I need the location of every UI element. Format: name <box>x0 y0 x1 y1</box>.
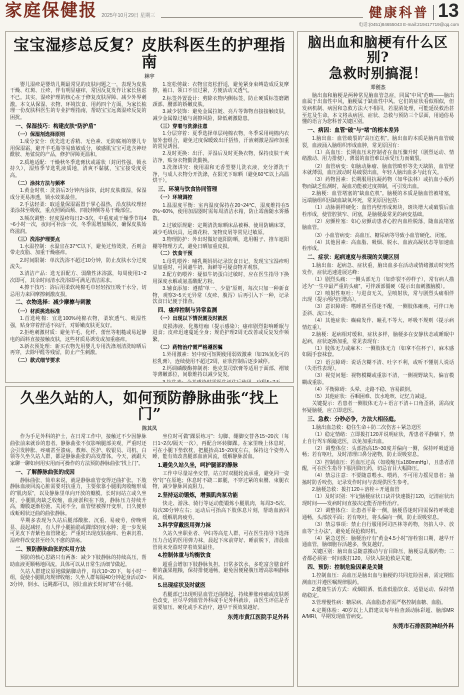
body-paragraph: 3.辅食添加：遵循“单一、少量”原则，每次只加一种新食物，观察3~5天无异常（皮… <box>153 286 290 306</box>
body-paragraph: 1.成分安全：优先选无香精、无色素、无防腐剂的婴儿专用保湿霜，避开羊毛脂等易致敏… <box>10 139 147 159</box>
sub-heading: （二）饮食干预 <box>153 251 290 258</box>
section-heading: 一、保湿技巧：构建皮肤“防护盾” <box>10 124 147 131</box>
body-paragraph: 2.健康生活方式：戒烟限酒、低盐低脂饮食、适量运动、保持情绪稳定。 <box>302 587 454 600</box>
body-paragraph: 3.新衣预处理：新买衣物先用婴儿专用洗涤剂清洗晾晒后再穿，去除甲醛等残留，防止产… <box>10 344 147 357</box>
body-paragraph: 婴儿湿疹是婴幼儿期最常见的皮肤问题之一，表现为皮肤干燥、红斑、丘疹，伴有明显瘙痒… <box>10 82 147 122</box>
body-paragraph: （1）及时识别：牢记脑梗症状口诀并快速拨打120，记清症状出现时间——发病时间直… <box>302 494 454 507</box>
article-varicose-col1: 作为手足外科的护士，在日常工作中，接触过不少因静脉曲张前来就诊的患者。静脉曲张不… <box>10 434 147 589</box>
body-paragraph: 1.分层穿着：夏季选择单层纯棉衣物，冬季采用纯棉内衣加外套组合，避免过度保暖致出… <box>153 131 290 151</box>
body-paragraph: 1.控制血压：高血压是脑出血与脑梗的共同危险因素，需定期监测血压并遵医嘱规律服药… <box>302 573 454 586</box>
section-heading: 一、病因：血管“破”与“堵”的根本差异 <box>302 128 454 135</box>
masthead-row: 家庭保健报 2025年10月29日 星期三 健康科普 13 <box>5 3 459 20</box>
body-paragraph: 2.拒绝刺激材质：避免羊毛、化纤、蕾丝等粗糙或易起静电的面料直接接触皮肤，这些材… <box>10 330 147 343</box>
body-paragraph: （4）其他症状：癫痫发作、瞳孔不等大、呼吸不规则（提示病情危重）。 <box>302 318 454 331</box>
body-paragraph: 3.清洁产品：选无泪配方、弱酸性沐浴露，每周使用1~2次即可，其余时间清水洗浴即… <box>10 271 147 284</box>
section-heading: 二、预防静脉曲张的实用方法 <box>10 547 147 554</box>
body-paragraph: 2.脑梗急救：拨打120＋溶栓＋开通血管 <box>302 487 454 494</box>
attribution: 东莞市黄江医院手足外科 <box>153 615 290 622</box>
body-paragraph: （2）喷射性呕吐：与进食无关，呈喷射状，常与剧烈头痛相伴出现（提示颅内压增高）。 <box>302 291 454 304</box>
body-paragraph: 3.管理慢性病：糖尿病、高血脂患者需严格控制血糖、血脂。 <box>302 600 454 607</box>
body-paragraph: （2）调整体位：头部抬高15~30度并偏向一侧，保持呼吸道通畅；若有呕吐，及时清… <box>302 446 454 459</box>
article-eczema: 宝宝湿疹总反复？皮肤科医生的护理指南 林宇 婴儿湿疹是婴幼儿期最常见的皮肤问题之… <box>5 31 294 383</box>
body-paragraph: 1.水温控制：水温宜在37℃以下，避免过热烫洗，否则会带走皮脂、加重干燥瘙痒。 <box>10 244 147 257</box>
body-paragraph: 关键区别：脑出血忌随意搬动与盲目降压，脑梗忌乱服药物；二者都必须第一时间拨打12… <box>302 549 454 562</box>
body-paragraph: 2.脑梗：血管堵塞的“缺血危机”。脑梗的本质是脑血管被堵塞，远端脑组织因缺血缺氧… <box>302 191 454 204</box>
body-paragraph: （1）剧烈头痛：一侧头部无力（如炸裂不停样子），常有病人描述为“一生中最严重的头… <box>302 277 454 290</box>
body-paragraph: 2.脑梗：起病相对缓和，症状多样，脑梗多在安静状态或睡眠中起病，症状逐渐加重，常… <box>302 332 454 345</box>
body-paragraph: 1.脑出血：起病急、症状重，脑出血多在活动或情绪激动时突然发作，症状迅速进展达峰… <box>302 263 454 276</box>
body-paragraph: （3）控制血压：若血压过高（如收缩压≥180mmHg），且患者清醒，可在医生指导… <box>302 460 454 473</box>
body-paragraph: 3.抗生素：合并感染时需医生评估后使用，疗程5~7天。 <box>153 380 290 383</box>
sub-heading: （二）涂抹方法与频率 <box>10 181 147 188</box>
header-divider <box>433 5 434 20</box>
body-paragraph: （5）其他症状：吞咽困难、饮水呛咳、记忆力减退。 <box>302 394 454 401</box>
body-paragraph: 超重会增加下肢静脉负担。日常多饮水，多吃富含膳食纤维的蔬果粗粮，保持排便通畅，避… <box>153 562 290 582</box>
body-paragraph: （3）意识障碍：嗜睡甚至昏迷不醒，一侧肢体瘫痪，可伴口角歪斜、流口水。 <box>302 304 454 317</box>
article-stroke-byline: 邓创杰 <box>302 84 454 91</box>
date-line: 2025年10月29日 星期三 <box>102 12 156 20</box>
body-paragraph: 2.标签外置设计：剪除衣物内侧标签，防止硬质标签磨蹭颈部、腰部的娇嫩皮肤。 <box>153 96 290 109</box>
body-paragraph: 2.配方奶喂养：疑似牛奶蛋白过敏时，应在医生指导下换用深度水解或氨基酸配方粉。 <box>153 272 290 285</box>
body-paragraph: 快走、游泳、骑行等运动能锻炼小腿肌肉，每周3~5次、每次30分钟左右；运动后可抬… <box>153 501 290 521</box>
body-paragraph: （4）禁忌注意：不要随意喂水、喂药，不可用力摇晃患者；抽搐时防舌咬伤，记录发作时… <box>302 473 454 486</box>
sub-heading: （一）保湿剂选择原则 <box>10 132 147 139</box>
body-paragraph: 1.黄金时机：洗浴后3分钟内涂抹，此时皮肤微湿，保湿成分更易渗透，锁水效果最佳。 <box>10 188 147 201</box>
section-heading: 三、急救：分秒必争，方法大相径庭。 <box>302 417 454 424</box>
body-paragraph: （3）药物因素：长期服用抗凝药物（如华法林）或抗血小板药物而缺乏监测时，凝血功能… <box>302 177 454 190</box>
article-varicose: 久坐久站的人，如何预防静脉曲张“找上门” 陈其凤 作为手足外科的护士，在日常工作… <box>5 386 294 687</box>
sub-heading: （二）药物治疗需严格遵医嘱 <box>153 345 290 352</box>
body-paragraph: 脑出血和脑梗是两种常见脑血管急症，同属“中风”范畴——脑出血属于出血性中风，脑梗… <box>302 93 454 126</box>
contact-line: 电话:(0451)84655043 E-mail:219417719@qq.co… <box>5 22 459 28</box>
body-paragraph: 若腿部已出现明显血管迂曲隆起、持续肿胀疼痛或皮肤颜色改变，应尽早到血管外科或手足… <box>153 592 290 612</box>
body-paragraph: （3）视觉问题：视物模糊或重影不清，一侧视野缺失、偏盲模糊或重影。 <box>302 373 454 386</box>
section-heading: 1.避免久站久坐，呵护腿部的静脉 <box>153 463 290 470</box>
section-heading: 2.坚持运动锻炼，增强肌肉泵功能 <box>153 493 290 500</box>
section-name: 健康科普 <box>369 7 429 20</box>
article-eczema-col1: 婴儿湿疹是婴幼儿期最常见的皮肤问题之一，表现为皮肤干燥、红斑、丘疹，伴有明显瘙痒… <box>10 82 147 366</box>
body-paragraph: 3.减少装饰：避免金属拉链、亮片等饰物直接接触皮肤，减少金属镍过敏与刮擦风险，降… <box>153 109 290 122</box>
body-paragraph: （2）血管病变：如脑动脉瘤、脑血管畸形等先天缺陷，血管壁本就薄弱，血压波动时易破… <box>302 164 454 177</box>
body-paragraph: 坐位时可做“踝泵练习”：勾脚、绷脚交替各15~20次（每日1~2次/隔天一次），… <box>153 434 290 461</box>
page-number: 13 <box>438 3 459 20</box>
article-stroke-title: 脑出血和脑梗有什么区别? 急救时别搞混！ <box>302 36 454 83</box>
body-paragraph: 2.质地适配：干燥秋冬季选膏状或霜状（封闭性强、锁水持久），湿热季节选乳液质地，… <box>10 160 147 180</box>
body-paragraph: （1）高血压：长期血压未控制者在血压骤升时（剧烈运动、情绪激动、用力排便），薄弱… <box>302 150 454 163</box>
article-stroke-title-line2: 急救时别搞混！ <box>329 66 427 82</box>
body-paragraph: （4）紧急送医：脑梗治疗有“黄金4.5小时”溶栓窗口期，越早开通血管，脑细胞存活… <box>302 536 454 549</box>
article-eczema-columns: 婴儿湿疹是婴幼儿期最常见的皮肤问题之一，表现为皮肤干燥、红斑、丘疹，伴有明显瘙痒… <box>10 82 289 383</box>
body-paragraph: 预防的核心思路只有两条：减少下肢静脉的持续高压，帮助血液更顺畅地回流。具体可以从… <box>10 555 147 568</box>
body-paragraph: 1.首选纯棉：宜选100%纯棉衣物，柔软透气、吸湿性强，贴身穿着舒适不闷汗，对娇… <box>10 316 147 329</box>
content-grid: 宝宝湿疹总反复？皮肤科医生的护理指南 林宇 婴儿湿疹是婴幼儿期最常见的皮肤问题之… <box>5 31 459 687</box>
body-paragraph: 2.时间限制：单次洗浴不超过10分钟，防止皮肤水分过度流失。 <box>10 258 147 271</box>
body-paragraph: （4）平衡障碍：头晕、走路不稳、容易跌倒。 <box>302 387 454 394</box>
article-stroke: 脑出血和脑梗有什么区别? 急救时别搞混！ 邓创杰 脑出血和脑梗是两种常见脑血管急… <box>297 31 459 687</box>
sub-heading: （一）环境调控 <box>153 195 290 202</box>
body-paragraph: （3）小血管病变：高血压、糖尿病等导致小血管硬化、闭塞。 <box>302 233 454 240</box>
article-stroke-body: 脑出血和脑梗是两种常见脑血管急症，同属“中风”范畴——脑出血属于出血性中风，脑梗… <box>302 93 454 632</box>
body-paragraph: 久站久坐职业者、孕妇等高危人群，可在医生指导下选择压力合适的医用弹力袜，晨起下床… <box>153 531 290 551</box>
header-rule <box>161 16 363 18</box>
article-eczema-byline: 林宇 <box>10 73 289 80</box>
body-paragraph: （1）动脉粥样硬化：血管内壁形成斑块，斑块增大或破裂后血栓形成，使管腔狭窄、闭塞… <box>302 205 454 218</box>
newspaper-page: 家庭保健报 2025年10月29日 星期三 健康科普 13 电话:(0451)8… <box>0 0 464 695</box>
article-stroke-title-line1: 脑出血和脑梗有什么区别? <box>308 35 448 67</box>
body-paragraph: （2）房颤栓塞：如心房颤动患者心腔内血栓脱落，随血流堵塞脑血管。 <box>302 219 454 232</box>
article-varicose-columns: 作为手足外科的护士，在日常工作中，接触过不少因静脉曲张前来就诊的患者。静脉曲张不… <box>10 434 289 622</box>
body-paragraph: 4.擦干技巧：浴后用柔软纯棉毛巾轻轻按压吸干水分，切忌用力来回摩擦刺激皮损。 <box>10 285 147 298</box>
body-paragraph: 久站人群建议原地做踮脚动作，每次10~20下，每小时一组，促使小腿肌肉规律收缩；… <box>10 569 147 589</box>
masthead: 家庭保健报 <box>5 3 98 20</box>
section-heading: 5.出现症状及时就医 <box>153 583 290 590</box>
left-column: 宝宝湿疹总反复？皮肤科医生的护理指南 林宇 婴儿湿疹是婴幼儿期最常见的皮肤问题之… <box>5 31 294 687</box>
sub-heading: （三）洗浴护理要点 <box>10 237 147 244</box>
section-heading: 二、症状：起病速度与表现的关键区别 <box>302 255 454 262</box>
body-paragraph: 静脉曲张，简单来说，就是静脉血管变得迂曲扩张。下肢静脉血液回流心脏需要对抗重力，… <box>10 478 147 518</box>
body-paragraph: 3.物理防护：外出时做好遮阳防晒，选用帽子、推车遮阳棚等物理方式，避免日晒加重皮… <box>153 237 290 250</box>
body-paragraph: 1.脑出血：血管破裂的“高压危机”。脑出血的本质是脑内血管破裂，血液涌入脑组织形… <box>302 136 454 149</box>
article-eczema-col2: 1.宽松剪裁：衣物宜宽松舒适，避免紧身束缚造成反复摩擦，袖口、领口不宜过紧，方便… <box>153 82 290 383</box>
body-paragraph: 2.钙调磷酸酶抑制剂：他克莫司软膏等适用于面部、褶皱等薄嫩部位，间歇维持以减少复… <box>153 366 290 379</box>
body-paragraph: （2）语言障碍：说话含糊不清、吐字不利，或听不懂别人说话（失语性表现）。 <box>302 360 454 373</box>
body-paragraph: 3.洗涤讲究：使用温和无香型婴儿洗衣液，充分漂洗干净，与成人衣物分开洗涤，在阳光… <box>153 165 290 185</box>
body-paragraph: 1.母乳喂养：哺乳期妈妈记录饮食日记，发现宝宝湿疹明显加重时，可回避牛奶、海鲜等… <box>153 259 290 272</box>
article-varicose-title: 久坐久站的人，如何预防静脉曲张“找上门” <box>10 391 289 424</box>
body-paragraph: 2.及时更换：出汗、弄湿后及时更换衣物，保持皮肤干爽洁净，贴身衣物勤洗勤换。 <box>153 151 290 164</box>
article-varicose-col2: 坐位时可做“踝泵练习”：勾脚、绷脚交替各15~20次（每日1~2次/隔天一次），… <box>153 434 290 622</box>
page-header: 家庭保健报 2025年10月29日 星期三 健康科普 13 电话:(0451)8… <box>5 3 459 28</box>
body-paragraph: 作为手足外科的护士，在日常工作中，接触过不少因静脉曲张前来就诊的患者。静脉曲张不… <box>10 434 147 467</box>
section-heading: 一、了解静脉曲张的成因 <box>10 470 147 477</box>
body-paragraph: （4）其他因素：高血脂、吸烟、脱水、血液高凝状态等加速血栓形成。 <box>302 240 454 253</box>
body-paragraph: 2.过敏原规避：定期清洗晾晒床品被褥、使用防螨床罩，减少毛绒玩具，远离花粉、宠物… <box>153 223 290 236</box>
section-heading: 三、环境与饮食协同管理 <box>153 187 290 194</box>
body-paragraph: 工作中尽量站坐交替，站立时双腿轮流承重，避免同一姿势“钉”在原地；休息时不跷二郎… <box>153 471 290 491</box>
body-paragraph: 2.手法轻柔：取适量保湿霜置于掌心温热，沿皮肤纹理轻柔涂抹至吸收，重点照顾面颊、… <box>10 202 147 215</box>
section-heading: 四、瘙痒控制与异常监测 <box>153 308 290 315</box>
body-paragraph: （2）调整体位：让患者平卧一侧，脑梗昏迷时同需保持呼吸道通畅，头部放平面；若有呕… <box>302 508 454 521</box>
article-eczema-title: 宝宝湿疹总反复？皮肤科医生的护理指南 <box>10 36 289 72</box>
section-heading: 二、衣物选择：减少摩擦与刺激 <box>10 300 147 307</box>
body-paragraph: （3）禁忌事项：禁止自行服用阿司匹林等药物，勿掐人中、放血等“土办法”，避免延误… <box>302 522 454 535</box>
body-paragraph: 1.外用激素：轻中度可短期使用弱效激素（如1%氢化可的松乳膏），连续使用不超过2… <box>153 352 290 365</box>
body-paragraph: 早期多表现为久站后腿部酸胀、沉重、易疲劳，傍晚明显、晨起减轻，有人伴小腿抽筋或踝… <box>10 518 147 545</box>
body-paragraph: 关键提示：若患者一侧肢体无力＋语言不清＋口角歪斜，需高度怀疑脑梗，应立即送医。 <box>302 401 454 414</box>
sub-heading: （二）款式细节要求 <box>10 358 147 365</box>
article-varicose-byline: 陈其凤 <box>10 425 289 432</box>
body-paragraph: 1.温湿度平衡：室内温度保持在20~24℃，湿度维持在50%~60%，使用加湿器… <box>153 203 290 223</box>
body-paragraph: 皮损渗液、化脓结痂（提示感染）；瘙痒剧烈影响睡眠与进食；皮疹迅速蔓延全身；规范护… <box>153 324 290 344</box>
body-paragraph: （1）肢体无力或麻木：一侧肢体无力（如拿不住杯子），麻木感如隔手套袜套。 <box>302 346 454 359</box>
sub-heading: （一）材质挑选标准 <box>10 309 147 316</box>
body-paragraph: 1.宽松剪裁：衣物宜宽松舒适，避免紧身束缚造成反复摩擦，袖口、领口不宜过紧，方便… <box>153 82 290 95</box>
section-heading: 四、预防：控制危险因素是关键 <box>302 565 454 572</box>
body-paragraph: 1.脑出血急救：稳住生命＋防二次伤害＋紧急送医 <box>302 425 454 432</box>
sub-heading: （一）出现以下情况需及时就医 <box>153 316 290 323</box>
section-heading: 4.控制体重与均衡饮食 <box>153 553 290 560</box>
body-paragraph: 4.定期体检：40岁以上人群建议每年检查颈动脉彩超、脑部MRA/MRI，早期发现… <box>302 608 454 621</box>
attribution: 东莞市石排医院神经外科 <box>302 624 454 631</box>
body-paragraph: 3.频次调整：轻度湿疹每日2~3次，中重度或干燥季节每4~6小时一次，夜间可补涂… <box>10 216 147 236</box>
section-heading: 3.科学穿戴医用弹力袜 <box>153 523 290 530</box>
body-paragraph: （1）稳定情绪：立即拨打120并说明症状，帮患者平静躺下，禁止自行驾车颠簸送医，… <box>302 432 454 445</box>
sub-heading: （三）穿着与洗涤注意 <box>153 124 290 131</box>
